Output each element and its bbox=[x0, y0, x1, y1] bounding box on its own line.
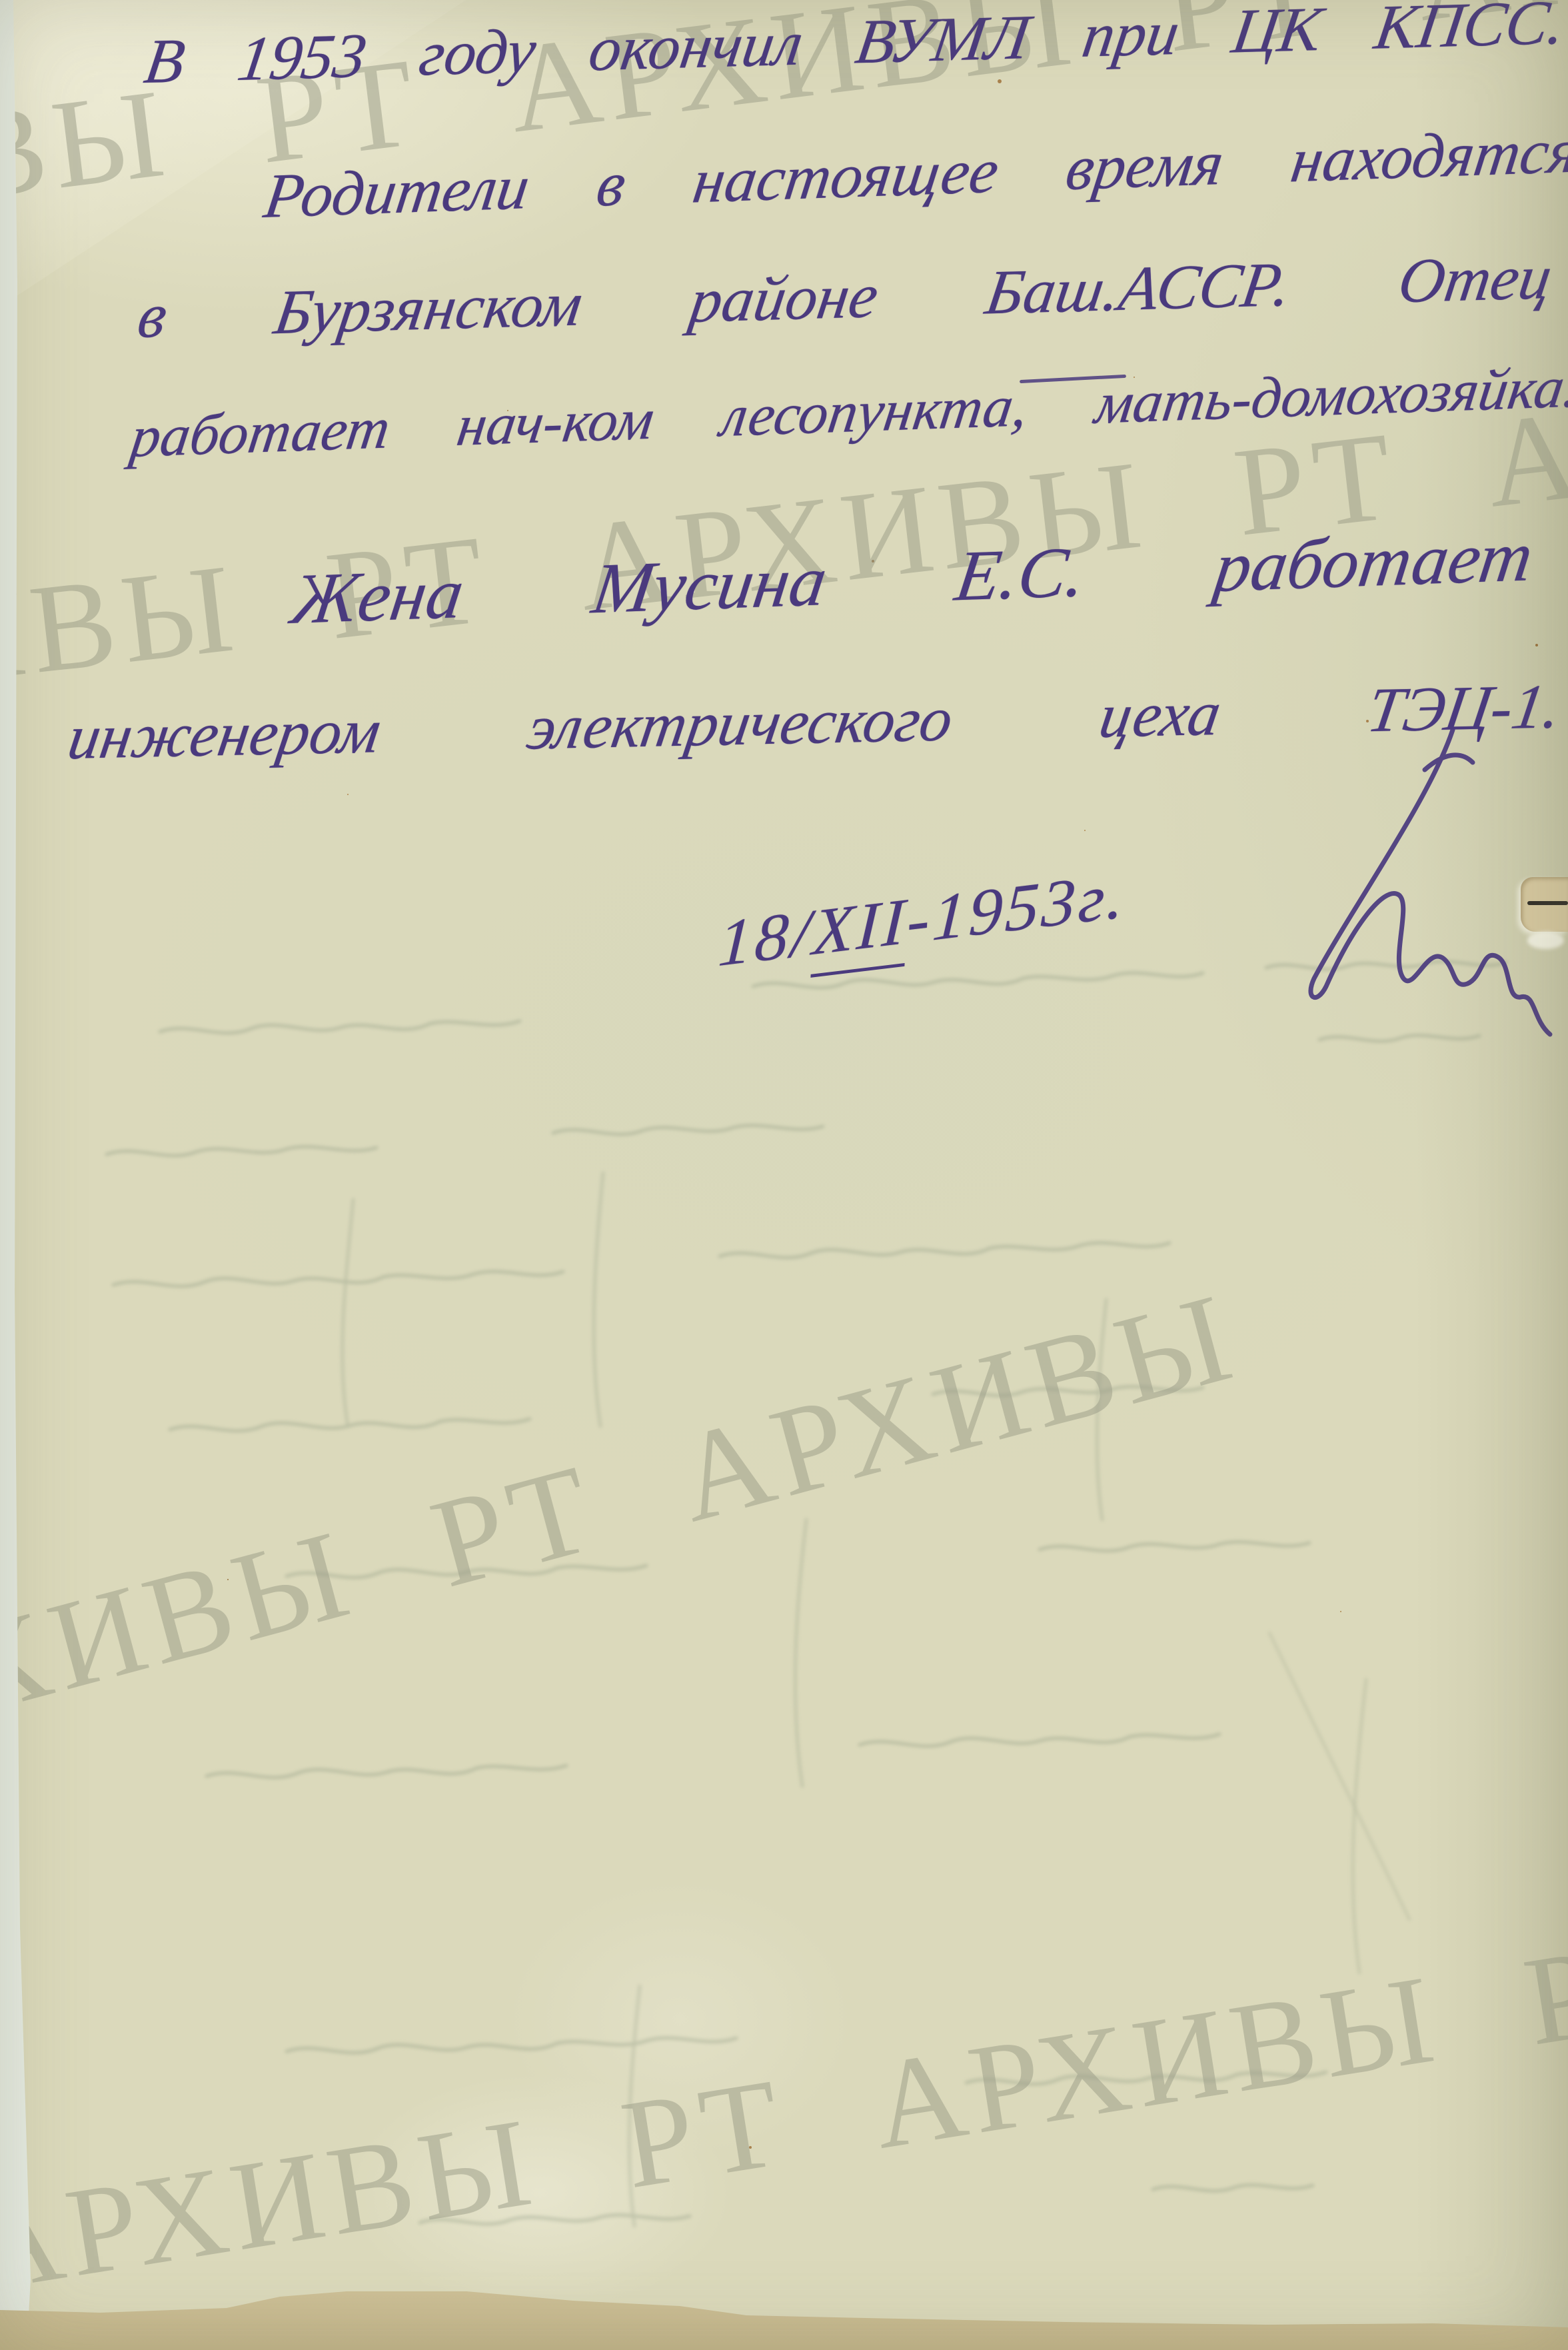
torn-paper-hole bbox=[1521, 877, 1568, 932]
signature-scribble bbox=[1253, 706, 1568, 1053]
torn-paper-frill bbox=[1527, 932, 1564, 949]
scanned-document-page: ВЫ РТ АРХИВЫ РТ АРХ ЫВЫ РТ АРХИВЫ РТ АРХ… bbox=[0, 0, 1568, 2350]
date-day: 18/ bbox=[716, 896, 815, 980]
date-month-roman: XII bbox=[810, 884, 909, 978]
torn-hole-line bbox=[1527, 901, 1568, 905]
